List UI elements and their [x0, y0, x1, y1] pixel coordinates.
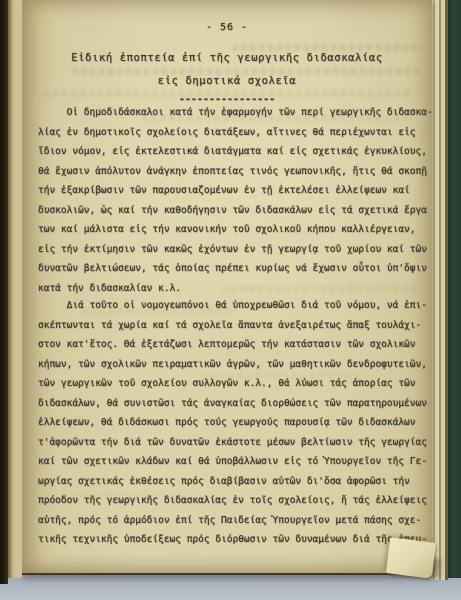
book-cover-right [448, 0, 461, 578]
text-line: Οἱ δημοδιδάσκαλοι κατά τήν ἐφαρμογήν τῶν… [38, 103, 418, 123]
text-line: θά ἔχωσιν ἀπόλυτον ἀνάγκην ἐποπτείας τιν… [38, 162, 418, 182]
text-line: τ'ἀφορῶντα τήν διά τῶν δυνατῶν ἑκάστοτε … [38, 433, 418, 453]
document-page: - 56 - Εἰδική ἐποπτεία ἐπί τῆς γεωργικῆς… [22, 0, 432, 575]
text-line: τικῆς τεχνικῆς ὑποδείξεως πρός διόρθωσιν… [38, 530, 418, 550]
page-number: - 56 - [22, 22, 432, 33]
scanned-book-photo: - 56 - Εἰδική ἐποπτεία ἐπί τῆς γεωργικῆς… [0, 0, 461, 600]
text-line: δυνατῶν βελτιώσεων, τάς ὁποίας πρέπει κυ… [38, 259, 418, 279]
text-line: σκέπτωνται τά χωρία καί τά σχολεῖα ἅπαντ… [38, 316, 418, 336]
text-line: εἰς τήν ἐκτίμησιν τῶν κακῶς ἐχόντων ἐν τ… [38, 240, 418, 260]
text-line: πρόοδον τῆς γεωργικῆς διδασκαλίας ἐν τοῖ… [38, 491, 418, 511]
text-line: κήπων, τῶν σχολικῶν πειραματικῶν ἀγρῶν, … [38, 355, 418, 375]
left-page-edges [8, 0, 22, 578]
text-line: των καί μάλιστα εἰς τήν κανονικήν τοῦ σχ… [38, 220, 418, 240]
text-line: τῶν γεωργικῶν τοῦ σχολείου συλλογῶν κ.λ.… [38, 374, 418, 394]
text-line: ωργίας σχετικάς ἐκθέσεις πρός διαβίβασιν… [38, 472, 418, 492]
text-line: Διά τοῦτο οἱ νομογεωπόνοι θά ὑποχρεωθῶσι… [38, 296, 418, 316]
text-line: καί τῶν σχετικῶν κλάδων καί θά ὑποβάλλωσ… [38, 452, 418, 472]
text-line: δυσκολιῶν, ὡς καί τήν καθοδήγησιν τῶν δι… [38, 201, 418, 221]
text-line: διδασκάλων, θά συνιστῶσι τάς ἀναγκαίας δ… [38, 394, 418, 414]
right-page-edges [430, 0, 448, 580]
bleedthrough-smudge [232, 44, 422, 51]
book-spine-edge [0, 0, 8, 584]
document-title-line2: εἰς δημοτικά σχολεῖα [22, 75, 432, 87]
paragraph: Διά τοῦτο οἱ νομογεωπόνοι θά ὑποχρεωθῶσι… [38, 296, 418, 550]
text-line: τήν ἐξακρίβωσιν τῶν παρουσιαζομένων ἐν τ… [38, 181, 418, 201]
text-line: αὐτῆς, πρός τό ἁρμόδιον ἐπί τῆς Παιδείας… [38, 511, 418, 531]
scanner-background [0, 573, 461, 600]
text-line: στον κατ'ἔτος. Θά ἐξετάζωσι λεπτομερῶς τ… [38, 335, 418, 355]
bleedthrough-smudge [72, 68, 422, 75]
page-corner-curl [386, 537, 436, 578]
document-title-line1: Εἰδική ἐποπτεία ἐπί τῆς γεωργικῆς διδασκ… [22, 52, 432, 64]
paragraph: Οἱ δημοδιδάσκαλοι κατά τήν ἐφαρμογήν τῶν… [38, 103, 418, 298]
text-line: ἐλλείψεων, θά διδάσκωσι πρός τούς γεωργο… [38, 413, 418, 433]
text-line: λίας ἐν δημοτικοῖς σχολείοις διατάξεων, … [38, 123, 418, 143]
text-line: ἴδιον νόμον, εἰς ἐκτελεστικά διατάγματα … [38, 142, 418, 162]
